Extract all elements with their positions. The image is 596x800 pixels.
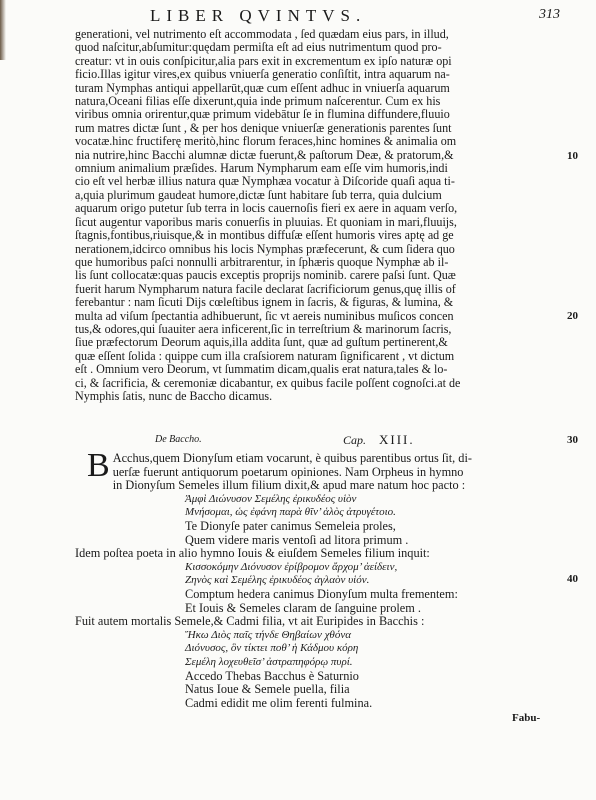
latin-verse-line: Te Dionyſe pater canimus Semeleia proles…	[75, 520, 515, 534]
catchword: Fabu-	[512, 712, 540, 724]
greek-verse-line: Σεμέλη λοχευθεῖσ’ ἀστραπηφόρῳ πυρί.	[75, 656, 515, 670]
line-number-20: 20	[567, 310, 578, 322]
latin-verse-line: Quem videre maris ventoſi ad litora prim…	[75, 534, 515, 548]
text-line: aquarum origo putetur ſub terra in locis…	[75, 202, 515, 215]
text-line: a,quia plurimum gaudeat humore,dictæ ſun…	[75, 189, 515, 202]
text-line: Nymphis ſatis, nunc de Baccho dicamus.	[75, 390, 515, 403]
chapter-cap-label: Cap.	[343, 433, 366, 447]
chapter-roman-numeral: XIII.	[379, 432, 415, 447]
text-line: ci, & ſacrificia, & ceremoniæ dicabantur…	[75, 377, 515, 390]
text-line: vocatæ.hinc fructiferę meritò,hinc floru…	[75, 135, 515, 148]
section-nymphs-text: generationi, vel nutrimento eſt accommod…	[75, 28, 515, 403]
text-line: uerſæ fuerunt antiquorum poetarum opinio…	[75, 466, 515, 480]
chapter-number: Cap. XIII.	[343, 432, 415, 448]
latin-verse-line: Cadmi edidit me olim ferenti fulmina.	[75, 697, 515, 711]
text-line: tus,& odores,qui ſuauiter aera inficeren…	[75, 323, 515, 336]
greek-verse-line: Ἀμφὶ Διώνυσον Σεμέλης ἐρικυδέος υἱὸν	[75, 493, 515, 507]
page-number: 313	[539, 7, 560, 23]
text-line: creatur: vt in ouis conſpicitur,alia par…	[75, 55, 515, 68]
chapter-subject: De Baccho.	[155, 434, 202, 445]
latin-verse-line: Natus Ioue & Semele puella, filia	[75, 683, 515, 697]
text-line: Acchus,quem Dionyſum etiam vocarunt, è q…	[75, 452, 515, 466]
text-line: que humoribus paſci nonnulli arbitrarent…	[75, 256, 515, 269]
text-line: cio eſt vel herbæ illius natura quæ Nymp…	[75, 175, 515, 188]
line-number-40: 40	[567, 573, 578, 585]
greek-verse-line: Ζηνὸς καὶ Σεμέλης ἐρικυδέος ἀγλαὸν υἱόν.	[75, 574, 515, 588]
text-line: ſtagnis,fontibus,riuisque,& in montibus …	[75, 229, 515, 242]
section-bacchus-text: B Acchus,quem Dionyſum etiam vocarunt, è…	[75, 452, 515, 710]
book-spine-shadow	[0, 0, 6, 60]
text-line: Fuit autem mortalis Semele,& Cadmi filia…	[75, 615, 515, 629]
text-line: ferebantur : nam ſicuti Dijs cœleſtibus …	[75, 296, 515, 309]
latin-verse-line: Comptum hedera canimus Dionyſum multa fr…	[75, 588, 515, 602]
greek-verse-line: Διόνυσος, ὃν τίκτει ποθ’ ἡ Κάδμου κόρη	[75, 642, 515, 656]
text-line: Idem poſtea poeta in alio hymno Iouis & …	[75, 547, 515, 561]
text-line: lis ſunt collocatæ:quas paucis exceptis …	[75, 269, 515, 282]
text-line: ſicut augentur vaporibus maris conuerſis…	[75, 216, 515, 229]
text-line: multa ad viſum ſpectantia adhibuerunt, ſ…	[75, 310, 515, 323]
line-number-10: 10	[567, 150, 578, 162]
text-line: viribus omnia orirentur,quæ primum videb…	[75, 108, 515, 121]
text-line: turam Nymphas antiqui appellarūt,quæ cum…	[75, 82, 515, 95]
latin-verse-line: Et Iouis & Semeles claram de ſanguine pr…	[75, 602, 515, 616]
running-title: LIBER QVINTVS.	[150, 6, 366, 26]
drop-cap: B	[87, 452, 110, 480]
greek-verse-line: Μνήσομαι, ὡς ἐφάνη παρὰ θῖν’ ἁλὸς ἀτρυγέ…	[75, 506, 515, 520]
text-line: generationi, vel nutrimento eſt accommod…	[75, 28, 515, 41]
text-line: in Dionyſum Semeles illum filium dixit,&…	[75, 479, 515, 493]
text-line: omnium animalium præſides. Harum Nymphar…	[75, 162, 515, 175]
text-line: natura,Oceani filias eſſe dixerunt,quia …	[75, 95, 515, 108]
text-line: fuerit harum Nympharum natura facile dec…	[75, 283, 515, 296]
greek-verse-line: Ἥκω Διὸς παῖς τήνδε Θηβαίων χθόνα	[75, 629, 515, 643]
text-line: ficio.Illas igitur vires,ex quibus vniue…	[75, 68, 515, 81]
text-line: quæ eſſent ſolida : quippe cum illa craſ…	[75, 350, 515, 363]
text-line: ſiue præfectorum Deorum aquis,illa addit…	[75, 336, 515, 349]
running-head: LIBER QVINTVS. 313	[75, 4, 515, 28]
chapter-heading: De Baccho. Cap. XIII.	[75, 432, 515, 450]
greek-verse-line: Κισσοκόμην Διόνυσον ἐρίβρομον ἄρχομ’ ἀεί…	[75, 561, 515, 575]
text-line: eſt . Omnium vero Deorum, vt ſummatim di…	[75, 363, 515, 376]
latin-verse-line: Accedo Thebas Bacchus è Saturnio	[75, 670, 515, 684]
text-line: nerationem,idcirco omnibus his locis Nym…	[75, 243, 515, 256]
text-line: nia nutrire,hinc Bacchi alumnæ dictæ fue…	[75, 149, 515, 162]
text-line: quod naſcitur,abſumitur:quędam permiſta …	[75, 41, 515, 54]
line-number-30: 30	[567, 434, 578, 446]
text-line: rum matres dictæ ſunt , & per hos deniqu…	[75, 122, 515, 135]
